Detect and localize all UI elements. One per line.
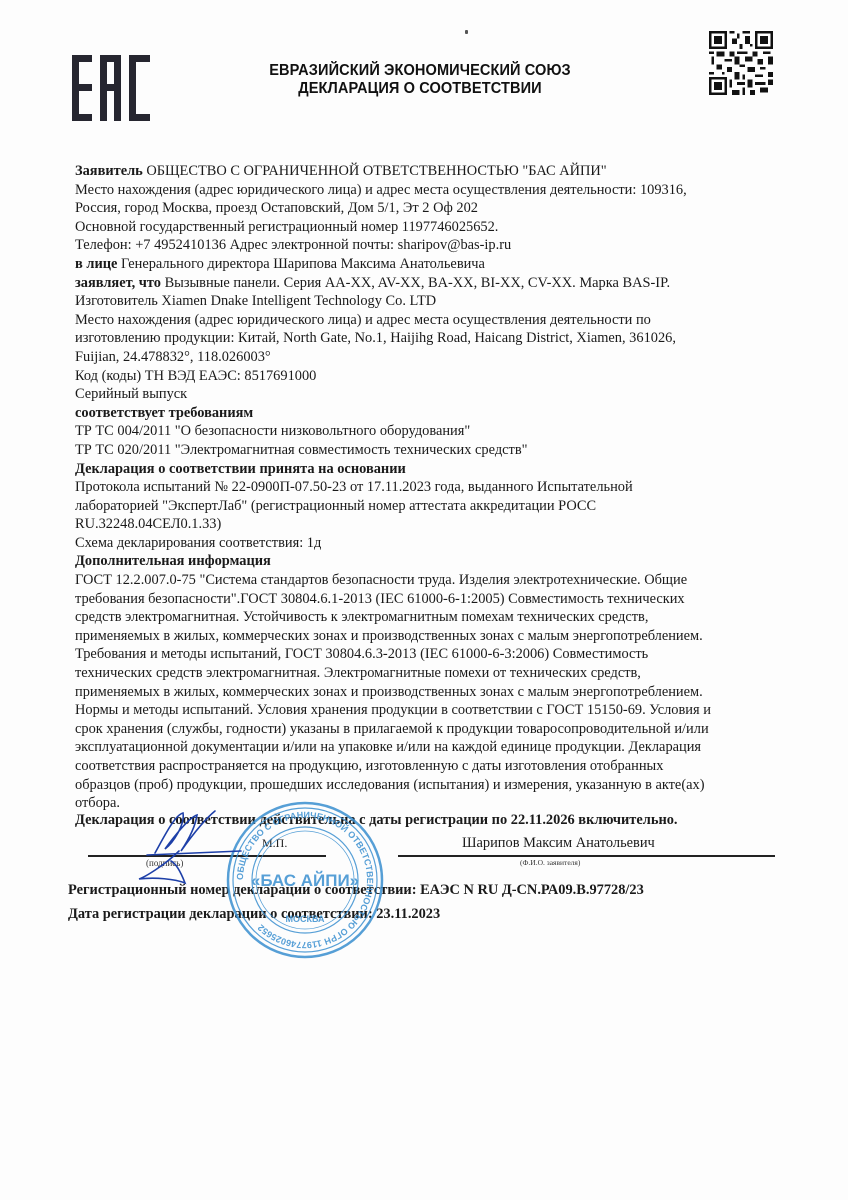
declaration-body: Заявитель ОБЩЕСТВО С ОГРАНИЧЕННОЙ ОТВЕТС…: [75, 162, 775, 813]
additional-line: Нормы и методы испытаний. Условия хранен…: [75, 701, 775, 720]
tn-ved-code: Код (коды) ТН ВЭД ЕАЭС: 8517691000: [75, 367, 775, 386]
represented-line: в лице Генерального директора Шарипова М…: [75, 255, 775, 274]
manufacturer-address-1: Место нахождения (адрес юридического лиц…: [75, 311, 775, 330]
additional-line: Требования и методы испытаний, ГОСТ 3080…: [75, 645, 775, 664]
document-header: ЕВРАЗИЙСКИЙ ЭКОНОМИЧЕСКИЙ СОЮЗ ДЕКЛАРАЦИ…: [241, 62, 598, 98]
requirements-heading: соответствует требованиям: [75, 404, 775, 423]
additional-line: средств электромагнитная. Устойчивость к…: [75, 608, 775, 627]
additional-line: соответствия распространяется на продукц…: [75, 757, 775, 776]
additional-line: применяемых в жилых, коммерческих зонах …: [75, 683, 775, 702]
requirement-item: ТР ТС 020/2011 "Электромагнитная совмест…: [75, 441, 775, 460]
production-type: Серийный выпуск: [75, 385, 775, 404]
basis-heading: Декларация о соответствии принята на осн…: [75, 460, 775, 479]
additional-line: применяемых в жилых, коммерческих зонах …: [75, 627, 775, 646]
stamp-center-text: «БАС АЙПИ»: [251, 871, 359, 890]
additional-line: эксплуатационной документации и/или на у…: [75, 738, 775, 757]
signer-name-caption: (Ф.И.О. заявителя): [520, 858, 580, 867]
applicant-contacts: Телефон: +7 4952410136 Адрес электронной…: [75, 236, 775, 255]
declares-line: заявляет, что Вызывные панели. Серия AA-…: [75, 274, 775, 293]
additional-line: требования безопасности".ГОСТ 30804.6.1-…: [75, 590, 775, 609]
signer-name: Шарипов Максим Анатольевич: [462, 835, 655, 852]
header-doc-title: ДЕКЛАРАЦИЯ О СООТВЕТСТВИИ: [241, 80, 598, 98]
eac-logo-icon: [72, 55, 150, 121]
additional-line: технических средств электромагнитная. Эл…: [75, 664, 775, 683]
applicant-address-1: Место нахождения (адрес юридического лиц…: [75, 181, 775, 200]
additional-line: образцов (проб) продукции, прошедших исс…: [75, 776, 775, 795]
header-union-title: ЕВРАЗИЙСКИЙ ЭКОНОМИЧЕСКИЙ СОЮЗ: [241, 62, 598, 80]
represented-by: Генерального директора Шарипова Максима …: [117, 256, 485, 272]
basis-line-2: лабораторией "ЭкспертЛаб" (регистрационн…: [75, 497, 775, 516]
company-stamp-icon: ОБЩЕСТВО С ОГРАНИЧЕННОЙ ОТВЕТСТВЕННОСТЬЮ…: [225, 800, 385, 960]
requirement-item: ТР ТС 004/2011 "О безопасности низковоль…: [75, 422, 775, 441]
declaration-page: ЕВРАЗИЙСКИЙ ЭКОНОМИЧЕСКИЙ СОЮЗ ДЕКЛАРАЦИ…: [0, 0, 848, 1200]
represented-label: в лице: [75, 256, 117, 272]
applicant-ogrn: Основной государственный регистрационный…: [75, 218, 775, 237]
applicant-label: Заявитель: [75, 163, 143, 179]
basis-line-3: RU.32248.04СЕЛ0.1.33): [75, 515, 775, 534]
additional-line: ГОСТ 12.2.007.0-75 "Система стандартов б…: [75, 571, 775, 590]
manufacturer: Изготовитель Xiamen Dnake Intelligent Te…: [75, 292, 775, 311]
declaration-scheme: Схема декларирования соответствия: 1д: [75, 534, 775, 553]
product-description: Вызывные панели. Серия AA-XX, AV-XX, BA-…: [161, 275, 670, 291]
scan-speck: [465, 30, 468, 34]
manufacturer-address-3: Fuijian, 24.478832°, 118.026003°: [75, 348, 775, 367]
applicant-address-2: Россия, город Москва, проезд Остаповский…: [75, 199, 775, 218]
additional-heading: Дополнительная информация: [75, 552, 775, 571]
applicant-line: Заявитель ОБЩЕСТВО С ОГРАНИЧЕННОЙ ОТВЕТС…: [75, 162, 775, 181]
basis-line-1: Протокола испытаний № 22-0900П-07.50-23 …: [75, 478, 775, 497]
applicant-name: ОБЩЕСТВО С ОГРАНИЧЕННОЙ ОТВЕТСТВЕННОСТЬЮ…: [143, 163, 607, 179]
qr-code-icon[interactable]: [708, 31, 774, 95]
manufacturer-address-2: изготовлению продукции: Китай, North Gat…: [75, 329, 775, 348]
handwritten-signature-icon: [135, 805, 245, 890]
name-line: [398, 855, 775, 857]
declares-label: заявляет, что: [75, 275, 161, 291]
additional-line: срок хранения (службы, годности) указаны…: [75, 720, 775, 739]
stamp-city-text: МОСКВА: [285, 914, 325, 924]
